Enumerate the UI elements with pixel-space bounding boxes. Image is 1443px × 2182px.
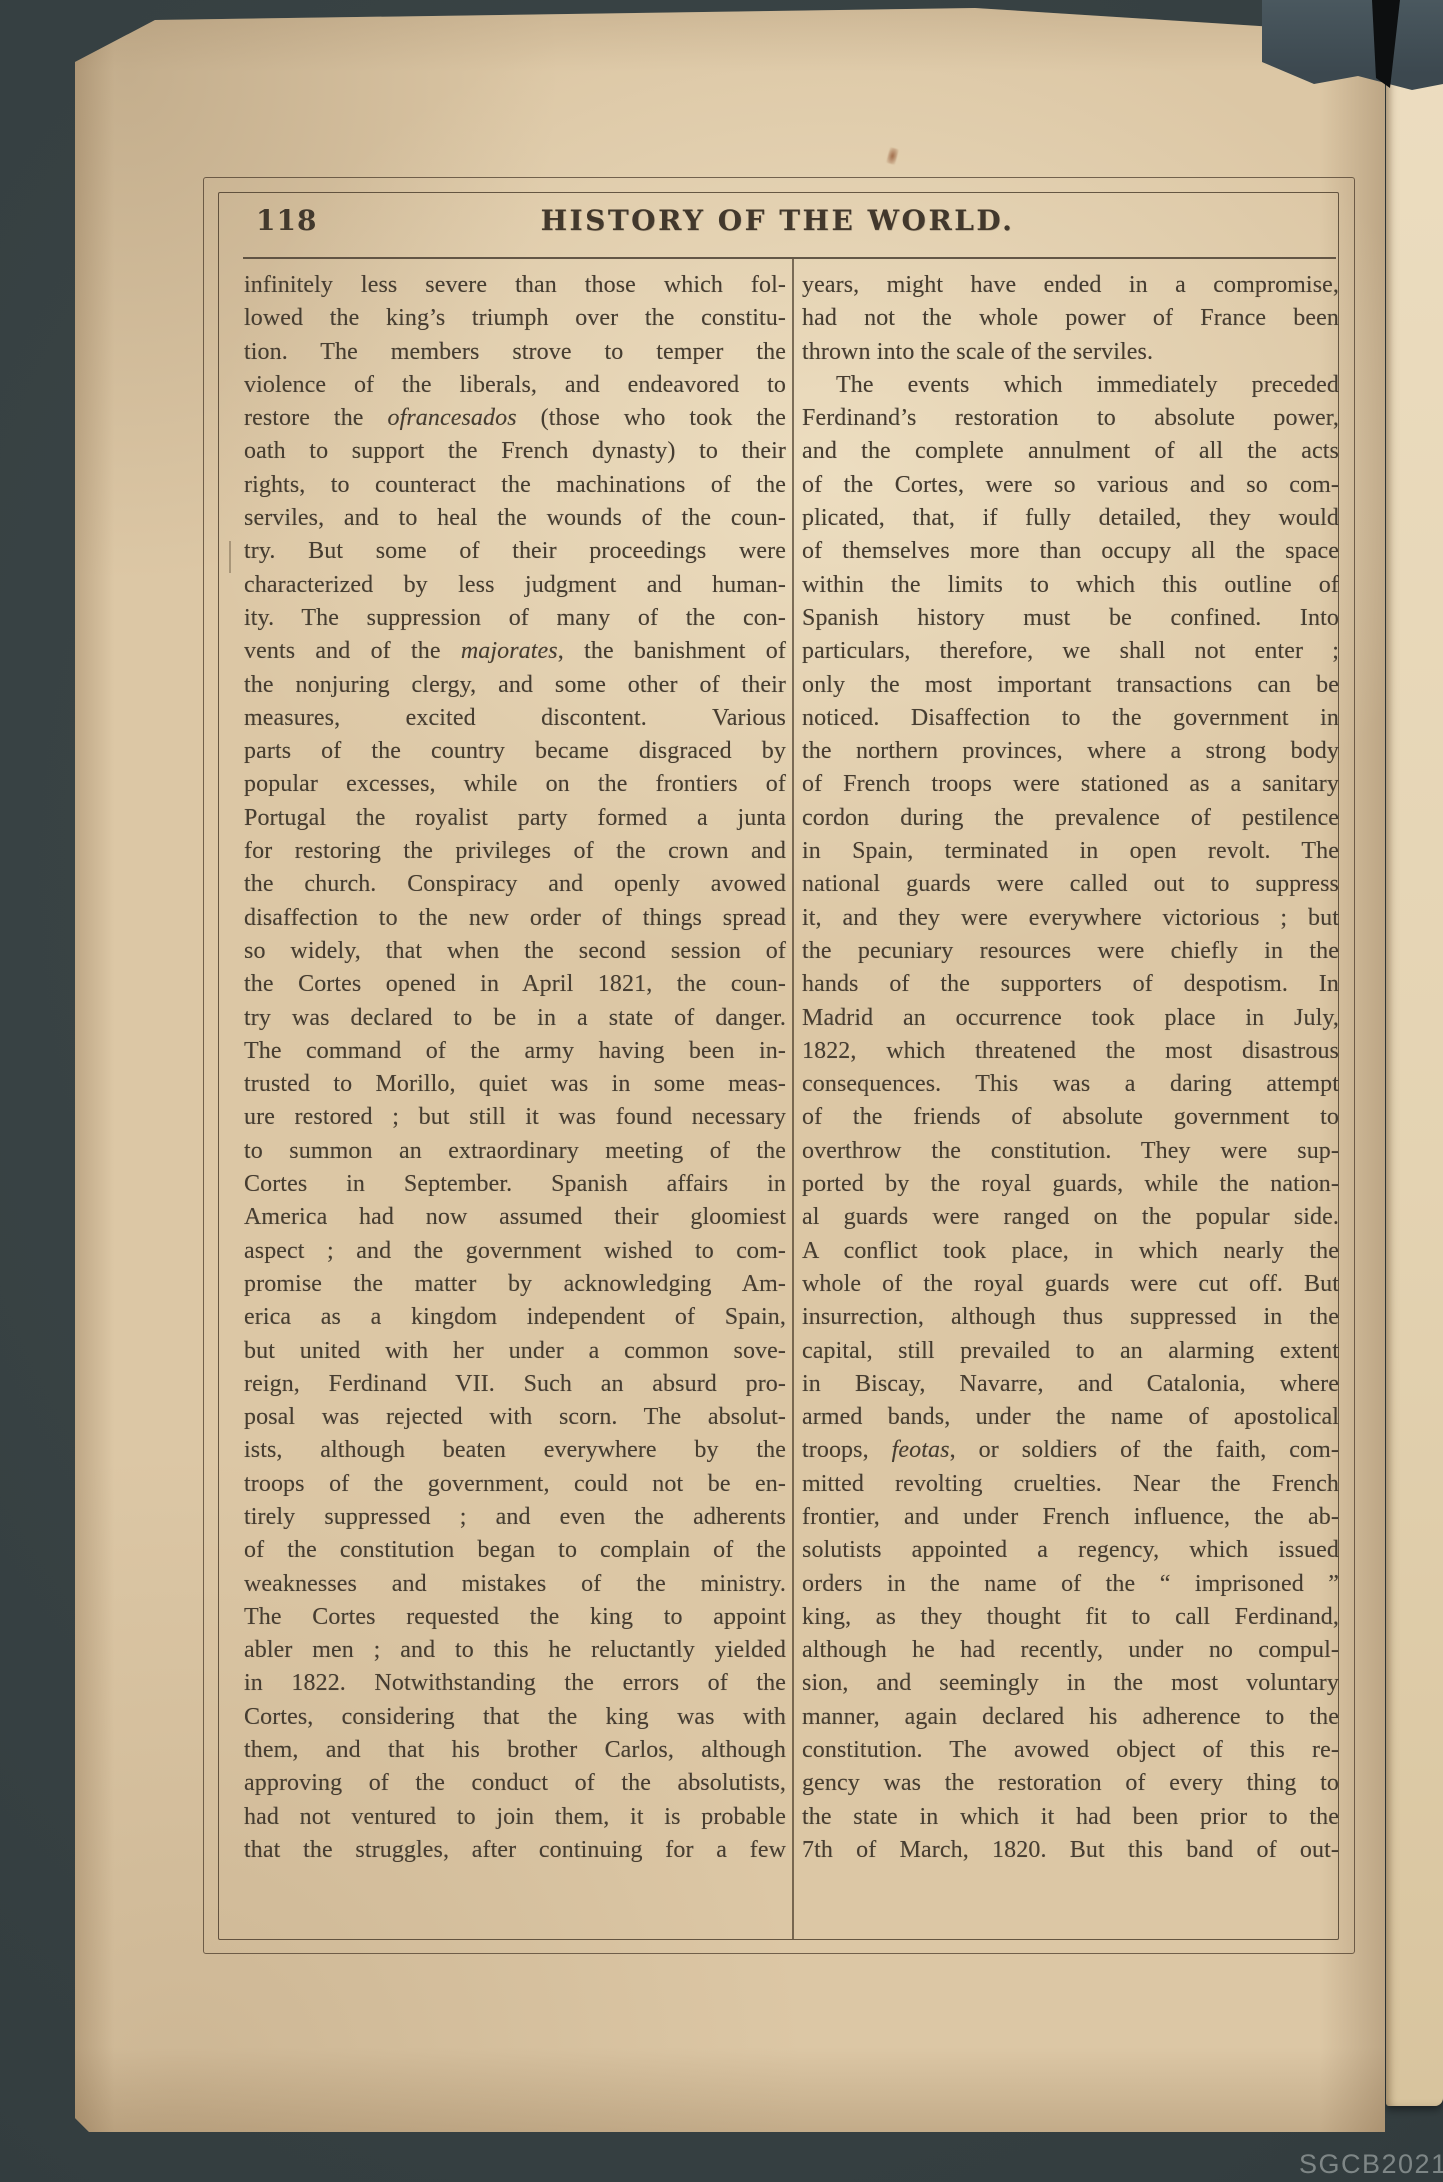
text-line: the northern provinces, where a strong b… <box>802 735 1339 768</box>
book-page: 118 HISTORY OF THE WORLD. infinitely les… <box>75 8 1385 2132</box>
text-line: serviles, and to heal the wounds of the … <box>244 502 786 535</box>
text-line: had not the whole power of France been <box>802 302 1339 335</box>
text-line: troops, feotas, or soldiers of the faith… <box>802 1434 1339 1467</box>
watermark: SGCB2021 <box>1299 2149 1443 2180</box>
text-line: within the limits to which this outline … <box>802 569 1339 602</box>
text-line: noticed. Disaffection to the government … <box>802 702 1339 735</box>
text-line: Spanish history must be confined. Into <box>802 602 1339 635</box>
text-line: in 1822. Notwithstanding the errors of t… <box>244 1667 786 1700</box>
text-line: rights, to counteract the machinations o… <box>244 469 786 502</box>
text-line: of the friends of absolute government to <box>802 1101 1339 1134</box>
text-line: The events which immediately preceded <box>802 369 1339 402</box>
text-line: lowed the king’s triumph over the consti… <box>244 302 786 335</box>
text-line: in Spain, terminated in open revolt. The <box>802 835 1339 868</box>
text-line: so widely, that when the second session … <box>244 935 786 968</box>
text-line: overthrow the constitution. They were su… <box>802 1135 1339 1168</box>
text-line: oath to support the French dynasty) to t… <box>244 435 786 468</box>
text-line: plicated, that, if fully detailed, they … <box>802 502 1339 535</box>
text-line: thrown into the scale of the serviles. <box>802 336 1339 369</box>
text-line: in Biscay, Navarre, and Catalonia, where <box>802 1368 1339 1401</box>
text-line: frontier, and under French influence, th… <box>802 1501 1339 1534</box>
text-line: of themselves more than occupy all the s… <box>802 535 1339 568</box>
text-line: ists, although beaten everywhere by the <box>244 1434 786 1467</box>
text-line: consequences. This was a daring attempt <box>802 1068 1339 1101</box>
text-line: it, and they were everywhere victorious … <box>802 902 1339 935</box>
ink-stain <box>886 147 899 165</box>
text-line: ure restored ; but still it was found ne… <box>244 1101 786 1134</box>
text-line: try. But some of their proceedings were <box>244 535 786 568</box>
text-line: national guards were called out to suppr… <box>802 868 1339 901</box>
text-line: mitted revolting cruelties. Near the Fre… <box>802 1468 1339 1501</box>
text-line: ity. The suppression of many of the con- <box>244 602 786 635</box>
text-line: ported by the royal guards, while the na… <box>802 1168 1339 1201</box>
text-line: capital, still prevailed to an alarming … <box>802 1335 1339 1368</box>
text-line: abler men ; and to this he reluctantly y… <box>244 1634 786 1667</box>
text-line: for restoring the privileges of the crow… <box>244 835 786 868</box>
text-line: The Cortes requested the king to appoint <box>244 1601 786 1634</box>
text-line: manner, again declared his adherence to … <box>802 1701 1339 1734</box>
text-line: the pecuniary resources were chiefly in … <box>802 935 1339 968</box>
text-line: parts of the country became disgraced by <box>244 735 786 768</box>
text-line: 7th of March, 1820. But this band of out… <box>802 1834 1339 1867</box>
text-line: solutists appointed a regency, which iss… <box>802 1534 1339 1567</box>
text-line: had not ventured to join them, it is pro… <box>244 1801 786 1834</box>
text-line: Ferdinand’s restoration to absolute powe… <box>802 402 1339 435</box>
text-line: troops of the government, could not be e… <box>244 1468 786 1501</box>
text-line: Madrid an occurrence took place in July, <box>802 1002 1339 1035</box>
text-line: them, and that his brother Carlos, altho… <box>244 1734 786 1767</box>
text-line: the state in which it had been prior to … <box>802 1801 1339 1834</box>
text-line: try was declared to be in a state of dan… <box>244 1002 786 1035</box>
text-line: insurrection, although thus suppressed i… <box>802 1301 1339 1334</box>
running-head: HISTORY OF THE WORLD. <box>218 200 1337 237</box>
text-line: promise the matter by acknowledging Am- <box>244 1268 786 1301</box>
text-line: aspect ; and the government wished to co… <box>244 1235 786 1268</box>
text-line: popular excesses, while on the frontiers… <box>244 768 786 801</box>
text-line: posal was rejected with scorn. The absol… <box>244 1401 786 1434</box>
text-line: of the constitution began to complain of… <box>244 1534 786 1567</box>
text-line: to summon an extraordinary meeting of th… <box>244 1135 786 1168</box>
page-header: 118 HISTORY OF THE WORLD. <box>218 200 1337 250</box>
text-line: measures, excited discontent. Various <box>244 702 786 735</box>
text-line: The command of the army having been in- <box>244 1035 786 1068</box>
adjacent-page-edge <box>1386 40 1443 2106</box>
text-line: America had now assumed their gloomiest <box>244 1201 786 1234</box>
text-line: the nonjuring clergy, and some other of … <box>244 669 786 702</box>
text-column-left: infinitely less severe than those which … <box>244 269 786 1867</box>
text-line: of the Cortes, were so various and so co… <box>802 469 1339 502</box>
text-line: disaffection to the new order of things … <box>244 902 786 935</box>
text-line: hands of the supporters of despotism. In <box>802 968 1339 1001</box>
text-line: approving of the conduct of the absoluti… <box>244 1767 786 1800</box>
text-line: but united with her under a common sove- <box>244 1335 786 1368</box>
text-line: al guards were ranged on the popular sid… <box>802 1201 1339 1234</box>
text-line: the church. Conspiracy and openly avowed <box>244 868 786 901</box>
text-line: Cortes in September. Spanish affairs in <box>244 1168 786 1201</box>
page-number: 118 <box>256 204 317 237</box>
text-line: sion, and seemingly in the most voluntar… <box>802 1667 1339 1700</box>
text-line: king, as they thought fit to call Ferdin… <box>802 1601 1339 1634</box>
text-line: Cortes, considering that the king was wi… <box>244 1701 786 1734</box>
text-line: whole of the royal guards were cut off. … <box>802 1268 1339 1301</box>
text-line: that the struggles, after continuing for… <box>244 1834 786 1867</box>
text-line: cordon during the prevalence of pestilen… <box>802 802 1339 835</box>
text-line: only the most important transactions can… <box>802 669 1339 702</box>
column-divider <box>792 259 794 1939</box>
text-line: gency was the restoration of every thing… <box>802 1767 1339 1800</box>
text-line: although he had recently, under no compu… <box>802 1634 1339 1667</box>
text-line: 1822, which threatened the most disastro… <box>802 1035 1339 1068</box>
text-line: weaknesses and mistakes of the ministry. <box>244 1568 786 1601</box>
text-column-right: years, might have ended in a compromise,… <box>802 269 1339 1867</box>
text-line: orders in the name of the “ imprisoned ” <box>802 1568 1339 1601</box>
text-line: particulars, therefore, we shall not ent… <box>802 635 1339 668</box>
text-line: constitution. The avowed object of this … <box>802 1734 1339 1767</box>
text-line: restore the ofrancesados (those who took… <box>244 402 786 435</box>
text-line: of French troops were stationed as a san… <box>802 768 1339 801</box>
margin-mark <box>229 541 231 573</box>
text-line: vents and of the majorates, the banishme… <box>244 635 786 668</box>
text-line: tion. The members strove to temper the <box>244 336 786 369</box>
text-line: infinitely less severe than those which … <box>244 269 786 302</box>
text-line: A conflict took place, in which nearly t… <box>802 1235 1339 1268</box>
text-line: the Cortes opened in April 1821, the cou… <box>244 968 786 1001</box>
text-line: erica as a kingdom independent of Spain, <box>244 1301 786 1334</box>
text-line: characterized by less judgment and human… <box>244 569 786 602</box>
header-rule <box>243 257 1336 259</box>
text-line: years, might have ended in a compromise, <box>802 269 1339 302</box>
text-line: armed bands, under the name of apostolic… <box>802 1401 1339 1434</box>
text-line: Portugal the royalist party formed a jun… <box>244 802 786 835</box>
text-line: reign, Ferdinand VII. Such an absurd pro… <box>244 1368 786 1401</box>
text-line: tirely suppressed ; and even the adheren… <box>244 1501 786 1534</box>
text-line: trusted to Morillo, quiet was in some me… <box>244 1068 786 1101</box>
text-line: and the complete annulment of all the ac… <box>802 435 1339 468</box>
text-line: violence of the liberals, and endeavored… <box>244 369 786 402</box>
